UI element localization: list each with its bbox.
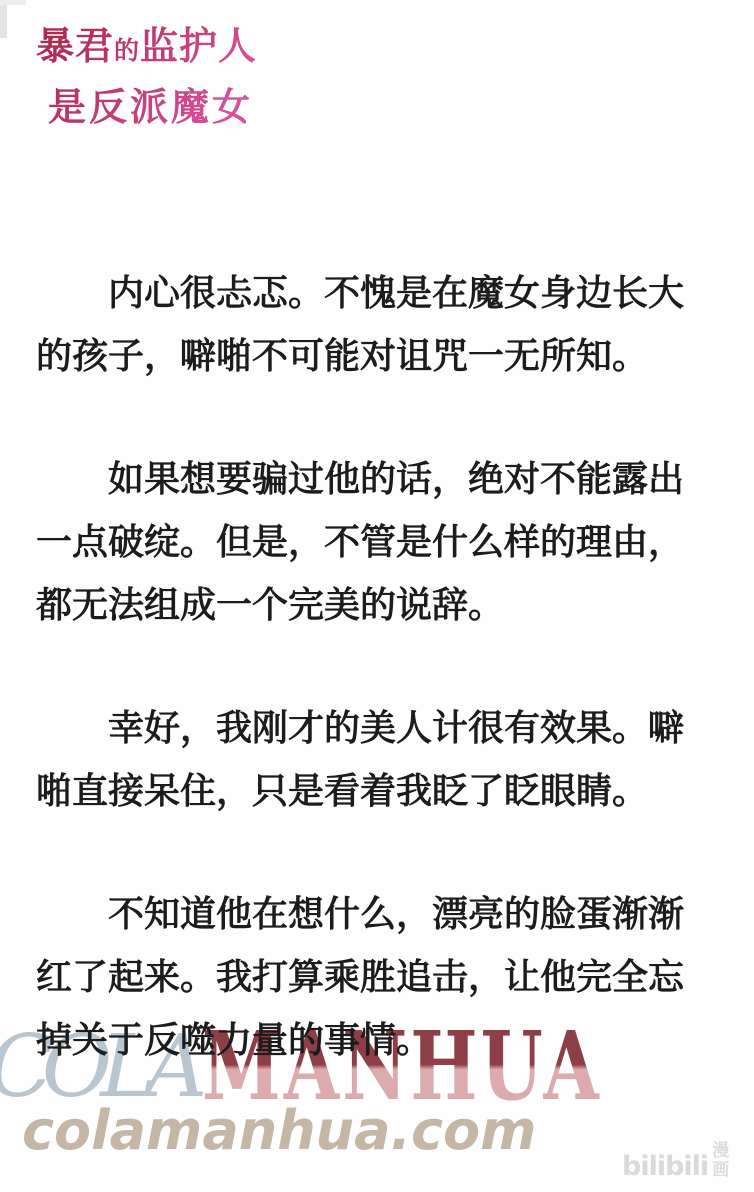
bilibili-manhua-badge: 漫 画 bbox=[712, 1142, 729, 1180]
paragraph-4: 不知道他在想什么，漂亮的脸蛋渐渐 红了起来。我打算乘胜追击，让他完全忘 掉关于反… bbox=[36, 883, 684, 1072]
watermark-site-url: colamanhua.com bbox=[22, 1104, 536, 1158]
series-title-line-2: 是反派魔女 bbox=[36, 79, 257, 135]
text-line: 内心很忐忑。不愧是在魔女身边长大 bbox=[36, 262, 684, 325]
text-line: 红了起来。我打算乘胜追击，让他完全忘 bbox=[36, 946, 684, 1009]
series-title-logo: 暴君的监护人 是反派魔女 bbox=[36, 18, 257, 135]
text-line: 不知道他在想什么，漂亮的脸蛋渐渐 bbox=[36, 883, 684, 946]
watermark-bilibili-logo: bilibili 漫 画 bbox=[622, 1142, 729, 1180]
comic-text-page: 暴君的监护人 是反派魔女 内心很忐忑。不愧是在魔女身边长大 的孩子，噼啪不可能对… bbox=[0, 0, 754, 1192]
text-line: 啪直接呆住，只是看着我眨了眨眼睛。 bbox=[36, 760, 684, 823]
text-line: 幸好，我刚才的美人计很有效果。噼 bbox=[36, 697, 684, 760]
paragraph-1: 内心很忐忑。不愧是在魔女身边长大 的孩子，噼啪不可能对诅咒一无所知。 bbox=[36, 262, 684, 388]
title-text-part: 监护人 bbox=[140, 23, 257, 68]
text-line: 的孩子，噼啪不可能对诅咒一无所知。 bbox=[36, 325, 684, 388]
bilibili-wordmark: bilibili bbox=[622, 1153, 708, 1180]
text-line: 一点破绽。但是，不管是什么样的理由， bbox=[36, 511, 684, 574]
bilibili-badge-char: 画 bbox=[712, 1160, 729, 1180]
text-line: 掉关于反噬力量的事情。 bbox=[36, 1009, 684, 1072]
paragraph-3: 幸好，我刚才的美人计很有效果。噼 啪直接呆住，只是看着我眨了眨眼睛。 bbox=[36, 697, 684, 823]
bilibili-badge-char: 漫 bbox=[712, 1141, 729, 1161]
left-edge-artifact bbox=[0, 0, 7, 38]
title-text-small-particle: 的 bbox=[114, 36, 140, 65]
title-text-part: 暴君 bbox=[36, 23, 114, 68]
series-title-line-1: 暴君的监护人 bbox=[36, 18, 257, 79]
paragraph-2: 如果想要骗过他的话，绝对不能露出 一点破绽。但是，不管是什么样的理由， 都无法组… bbox=[36, 448, 684, 637]
text-line: 都无法组成一个完美的说辞。 bbox=[36, 574, 684, 637]
text-line: 如果想要骗过他的话，绝对不能露出 bbox=[36, 448, 684, 511]
novel-text-block: 内心很忐忑。不愧是在魔女身边长大 的孩子，噼啪不可能对诅咒一无所知。 如果想要骗… bbox=[36, 262, 684, 1072]
top-edge-artifact bbox=[0, 0, 26, 5]
